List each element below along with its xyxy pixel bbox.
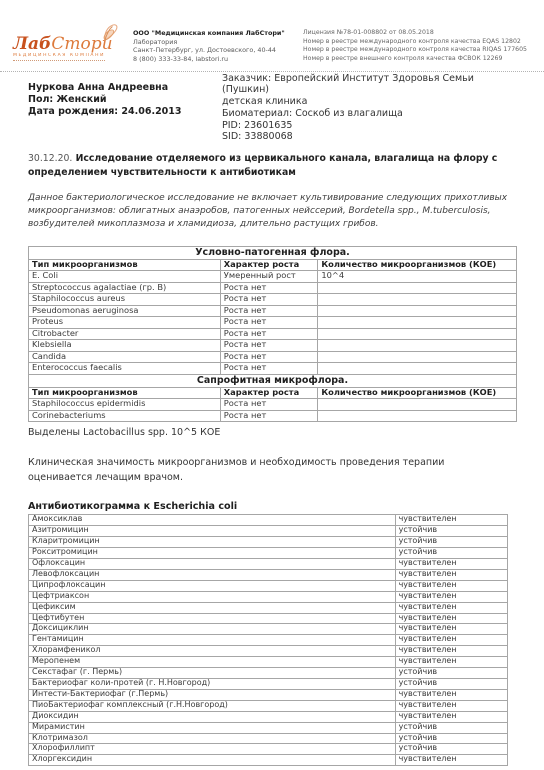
antibiotic-name-cell: Клотримазол (29, 733, 396, 744)
flora-section-title: Сапрофитная микрофлора. (29, 374, 517, 387)
butterfly-icon (95, 22, 121, 52)
license-info: Лицензия №78-01-008802 от 08.05.2018 Ном… (303, 26, 535, 64)
antibiotic-name-cell: Ципрофлоксацин (29, 580, 396, 591)
company-name: ООО "Медицинская компания ЛабСтори" (133, 29, 297, 38)
sensitivity-cell: чувствителен (395, 755, 508, 766)
license-line: Лицензия №78-01-008802 от 08.05.2018 (303, 29, 535, 38)
order-biomaterial: Биоматериал: Соскоб из влагалища (222, 108, 517, 120)
sensitivity-cell: устойчив (395, 668, 508, 679)
sensitivity-cell: чувствителен (395, 711, 508, 722)
antibiogram-row: Рокситромицин устойчив (29, 548, 508, 559)
patient-name: Нуркова Анна Андреевна (28, 82, 222, 94)
patient-birthdate: Дата рождения: 24.06.2013 (28, 106, 222, 118)
growth-cell: Роста нет (220, 282, 318, 294)
antibiotic-name-cell: Цефиксим (29, 602, 396, 613)
clinical-note: Клиническая значимость микроорганизмов и… (28, 456, 517, 485)
sensitivity-cell: устойчив (395, 537, 508, 548)
antibiogram-row: Цефтибутен чувствителен (29, 613, 508, 624)
antibiogram-row: Кларитромицин устойчив (29, 537, 508, 548)
microorganism-name-cell: Corinebacteriums (29, 410, 221, 422)
antibiotic-name-cell: ПиоБактериофаг комплексный (г.Н.Новгород… (29, 700, 396, 711)
antibiotic-name-cell: Диоксидин (29, 711, 396, 722)
results-content: Условно-патогенная флора. Тип микроорган… (0, 246, 544, 766)
sensitivity-cell: устойчив (395, 744, 508, 755)
order-pid: PID: 23601635 (222, 120, 517, 132)
antibiotic-name-cell: Цефтриаксон (29, 591, 396, 602)
microorganism-name-cell: Citrobacter (29, 328, 221, 340)
column-header-type: Тип микроорганизмов (29, 259, 221, 271)
growth-cell: Роста нет (220, 399, 318, 411)
microorganism-name-cell: Staphilococcus aureus (29, 294, 221, 306)
antibiogram-row: Мирамистин устойчив (29, 722, 508, 733)
column-header-count: Количество микроорганизмов (КОЕ) (318, 259, 517, 271)
company-info: ООО "Медицинская компания ЛабСтори" Лабо… (133, 26, 297, 64)
flora-section-header: Сапрофитная микрофлора. (29, 374, 517, 387)
antibiotic-name-cell: Амоксиклав (29, 515, 396, 526)
sensitivity-cell: чувствителен (395, 624, 508, 635)
antibiogram-row: Гентамицин чувствителен (29, 635, 508, 646)
antibiotic-name-cell: Хлоргексидин (29, 755, 396, 766)
flora-section-title: Условно-патогенная флора. (29, 246, 517, 259)
flora-row: Klebsiella Роста нет (29, 340, 517, 352)
patient-block: Нуркова Анна Андреевна Пол: Женский Дата… (28, 73, 222, 143)
count-cell (318, 328, 517, 340)
antibiogram-row: Клотримазол устойчив (29, 733, 508, 744)
sensitivity-cell: чувствителен (395, 559, 508, 570)
sensitivity-cell: устойчив (395, 733, 508, 744)
antibiogram-row: Азитромицин устойчив (29, 526, 508, 537)
antibiotic-name-cell: Бактериофаг коли-протей (г. Н.Новгород) (29, 679, 396, 690)
antibiogram-row: ПиоБактериофаг комплексный (г.Н.Новгород… (29, 700, 508, 711)
report-header: ЛабСтори медицинская компания ООО "Медиц… (0, 0, 544, 72)
antibiogram-row: Хлорофиллипт устойчив (29, 744, 508, 755)
order-sid: SID: 33880068 (222, 131, 517, 143)
antibiogram-row: Амоксиклав чувствителен (29, 515, 508, 526)
company-line-address: Санкт-Петербург, ул. Достоевского, 40-44 (133, 46, 297, 55)
sensitivity-cell: чувствителен (395, 700, 508, 711)
order-clinic: детская клиника (222, 96, 517, 108)
microorganism-name-cell: Candida (29, 351, 221, 363)
sensitivity-cell: чувствителен (395, 515, 508, 526)
sensitivity-cell: чувствителен (395, 602, 508, 613)
antibiotic-name-cell: Хлорамфеникол (29, 646, 396, 657)
antibiogram-row: Хлорамфеникол чувствителен (29, 646, 508, 657)
method-note: Данное бактериологическое исследование н… (28, 192, 517, 231)
patient-order-section: Нуркова Анна Андреевна Пол: Женский Дата… (0, 72, 544, 143)
flora-column-header-row: Тип микроорганизмов Характер роста Колич… (29, 387, 517, 399)
antibiotic-name-cell: Хлорофиллипт (29, 744, 396, 755)
antibiogram-row: Бактериофаг коли-протей (г. Н.Новгород) … (29, 679, 508, 690)
column-header-count: Количество микроорганизмов (КОЕ) (318, 387, 517, 399)
company-line-phone: 8 (800) 333-33-84, labstori.ru (133, 55, 297, 64)
count-cell (318, 305, 517, 317)
sensitivity-cell: устойчив (395, 722, 508, 733)
antibiogram-row: Цефтриаксон чувствителен (29, 591, 508, 602)
count-cell (318, 294, 517, 306)
microorganism-name-cell: Proteus (29, 317, 221, 329)
test-title: 30.12.20. Исследование отделяемого из це… (0, 143, 544, 180)
microorganism-name-cell: E. Coli (29, 271, 221, 283)
antibiogram-row: Цефиксим чувствителен (29, 602, 508, 613)
count-cell (318, 410, 517, 422)
sensitivity-cell: чувствителен (395, 580, 508, 591)
count-cell (318, 340, 517, 352)
antibiotic-name-cell: Азитромицин (29, 526, 396, 537)
flora-row: Streptococcus agalactiae (гр. B) Роста н… (29, 282, 517, 294)
flora-column-header-row: Тип микроорганизмов Характер роста Колич… (29, 259, 517, 271)
microorganism-name-cell: Enterococcus faecalis (29, 363, 221, 375)
antibiotic-name-cell: Секстафаг (г. Пермь) (29, 668, 396, 679)
patient-sex: Пол: Женский (28, 94, 222, 106)
sensitivity-cell: устойчив (395, 548, 508, 559)
flora-table: Условно-патогенная флора. Тип микроорган… (28, 246, 517, 423)
growth-cell: Роста нет (220, 328, 318, 340)
test-title-text: Исследование отделяемого из цервикальног… (28, 153, 497, 178)
sensitivity-cell: чувствителен (395, 689, 508, 700)
sensitivity-cell: чувствителен (395, 569, 508, 580)
growth-cell: Роста нет (220, 340, 318, 352)
logo-part1: Лаб (13, 34, 51, 54)
growth-cell: Роста нет (220, 294, 318, 306)
antibiogram-row: Ципрофлоксацин чувствителен (29, 580, 508, 591)
antibiogram-title: Антибиотикограмма к Escherichia coli (28, 501, 517, 512)
column-header-growth: Характер роста (220, 259, 318, 271)
antibiogram-table: Амоксиклав чувствителен Азитромицин усто… (28, 514, 508, 766)
microorganism-name-cell: Klebsiella (29, 340, 221, 352)
count-cell (318, 363, 517, 375)
flora-row: E. Coli Умеренный рост 10^4 (29, 271, 517, 283)
antibiogram-row: Хлоргексидин чувствителен (29, 755, 508, 766)
logo-subtitle: медицинская компания (13, 53, 105, 61)
count-cell (318, 351, 517, 363)
count-cell (318, 282, 517, 294)
count-cell (318, 399, 517, 411)
isolated-note: Выделены Lactobacillus spp. 10^5 КОЕ (28, 426, 517, 439)
flora-row: Enterococcus faecalis Роста нет (29, 363, 517, 375)
growth-cell: Роста нет (220, 317, 318, 329)
column-header-growth: Характер роста (220, 387, 318, 399)
license-line: Номер в реестре международного контроля … (303, 38, 535, 47)
license-line: Номер в реестре внешнего контроля качест… (303, 55, 535, 64)
test-date: 30.12.20. (28, 153, 72, 164)
flora-row: Corinebacteriums Роста нет (29, 410, 517, 422)
license-line: Номер в реестре международного контроля … (303, 46, 535, 55)
microorganism-name-cell: Streptococcus agalactiae (гр. B) (29, 282, 221, 294)
sensitivity-cell: устойчив (395, 679, 508, 690)
flora-row: Pseudomonas aeruginosa Роста нет (29, 305, 517, 317)
antibiogram-row: Секстафаг (г. Пермь) устойчив (29, 668, 508, 679)
sensitivity-cell: чувствителен (395, 635, 508, 646)
antibiotic-name-cell: Рокситромицин (29, 548, 396, 559)
antibiotic-name-cell: Кларитромицин (29, 537, 396, 548)
growth-cell: Роста нет (220, 351, 318, 363)
antibiogram-row: Меропенем чувствителен (29, 657, 508, 668)
sensitivity-cell: чувствителен (395, 613, 508, 624)
flora-row: Staphilococcus epidermidis Роста нет (29, 399, 517, 411)
microorganism-name-cell: Pseudomonas aeruginosa (29, 305, 221, 317)
flora-row: Proteus Роста нет (29, 317, 517, 329)
flora-row: Staphilococcus aureus Роста нет (29, 294, 517, 306)
labstory-logo: ЛабСтори медицинская компания (13, 26, 125, 61)
sensitivity-cell: чувствителен (395, 657, 508, 668)
order-block: Заказчик: Европейский Институт Здоровья … (222, 73, 517, 143)
sensitivity-cell: чувствителен (395, 646, 508, 657)
antibiogram-row: Офлоксацин чувствителен (29, 559, 508, 570)
growth-cell: Роста нет (220, 363, 318, 375)
antibiotic-name-cell: Меропенем (29, 657, 396, 668)
sensitivity-cell: чувствителен (395, 591, 508, 602)
antibiogram-row: Левофлоксацин чувствителен (29, 569, 508, 580)
antibiogram-row: Доксициклин чувствителен (29, 624, 508, 635)
company-line-laboratory: Лаборатория (133, 38, 297, 47)
antibiogram-row: Интести-Бактериофаг (г.Пермь) чувствител… (29, 689, 508, 700)
flora-row: Candida Роста нет (29, 351, 517, 363)
antibiotic-name-cell: Мирамистин (29, 722, 396, 733)
antibiotic-name-cell: Интести-Бактериофаг (г.Пермь) (29, 689, 396, 700)
antibiotic-name-cell: Левофлоксацин (29, 569, 396, 580)
microorganism-name-cell: Staphilococcus epidermidis (29, 399, 221, 411)
antibiogram-row: Диоксидин чувствителен (29, 711, 508, 722)
antibiotic-name-cell: Гентамицин (29, 635, 396, 646)
column-header-type: Тип микроорганизмов (29, 387, 221, 399)
growth-cell: Умеренный рост (220, 271, 318, 283)
growth-cell: Роста нет (220, 305, 318, 317)
sensitivity-cell: устойчив (395, 526, 508, 537)
antibiotic-name-cell: Доксициклин (29, 624, 396, 635)
flora-row: Citrobacter Роста нет (29, 328, 517, 340)
count-cell (318, 317, 517, 329)
antibiotic-name-cell: Офлоксацин (29, 559, 396, 570)
flora-section-header: Условно-патогенная флора. (29, 246, 517, 259)
antibiotic-name-cell: Цефтибутен (29, 613, 396, 624)
count-cell: 10^4 (318, 271, 517, 283)
growth-cell: Роста нет (220, 410, 318, 422)
order-customer: Заказчик: Европейский Институт Здоровья … (222, 73, 517, 96)
